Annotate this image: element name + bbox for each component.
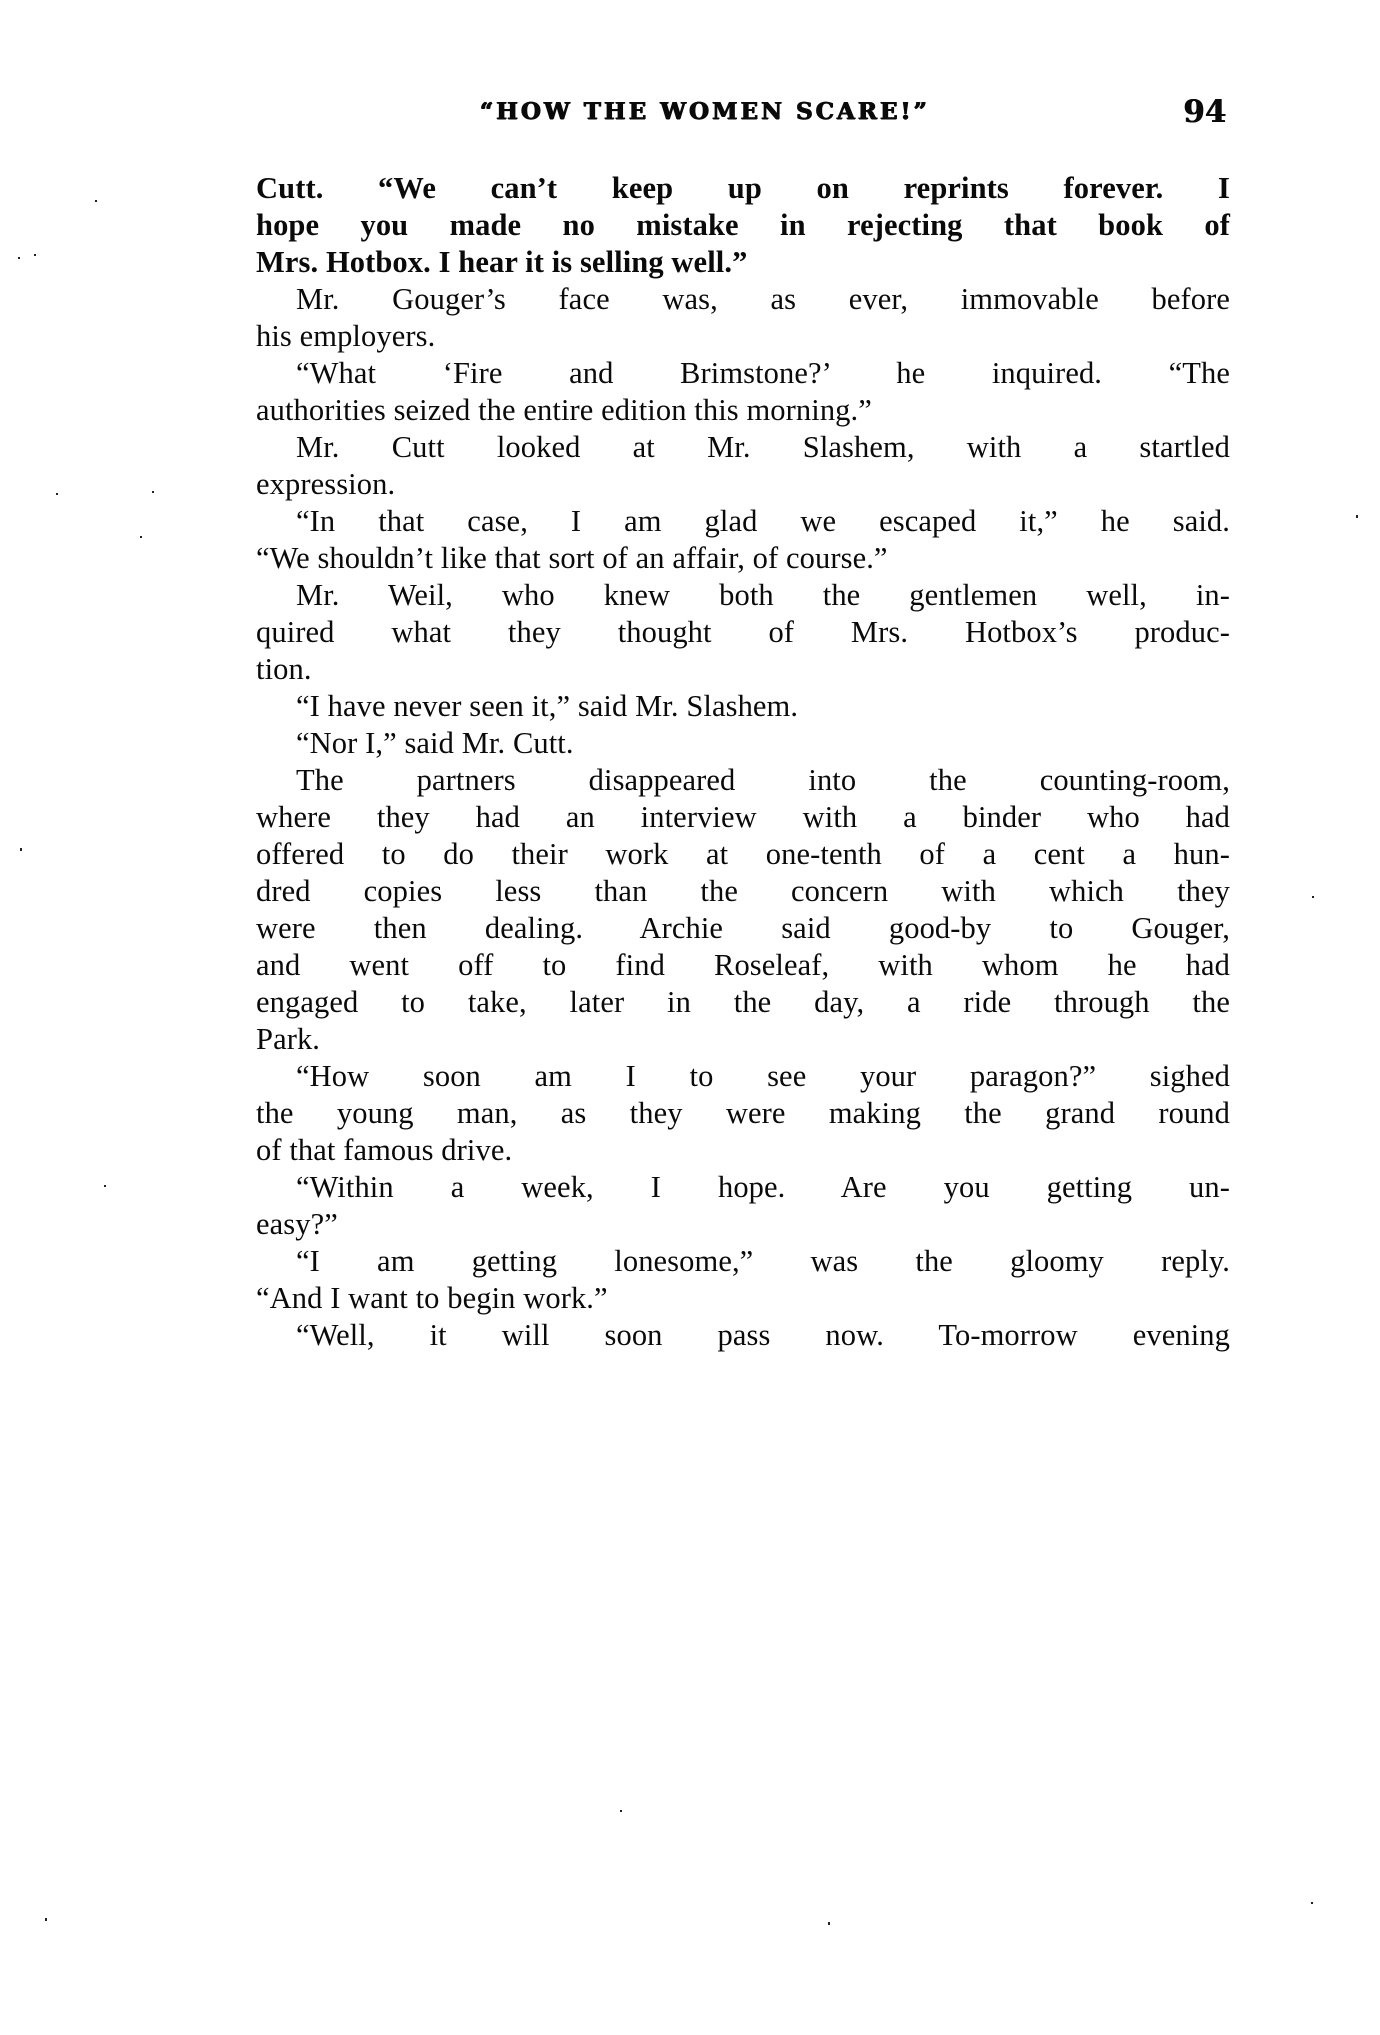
text-line: Mr. Cutt looked at Mr. Slashem, with a s… xyxy=(256,429,1230,466)
text-line: the young man, as they were making the g… xyxy=(256,1095,1230,1132)
text-line: were then dealing. Archie said good-by t… xyxy=(256,910,1230,947)
text-line: The partners disappeared into the counti… xyxy=(256,762,1230,799)
text-line: engaged to take, later in the day, a rid… xyxy=(256,984,1230,1021)
text-line: “I have never seen it,” said Mr. Slashem… xyxy=(256,688,1230,725)
text-line: quired what they thought of Mrs. Hotbox’… xyxy=(256,614,1230,651)
text-line: his employers. xyxy=(256,318,1230,355)
text-line: “What ‘Fire and Brimstone?’ he inquired.… xyxy=(256,355,1230,392)
text-line: “Within a week, I hope. Are you getting … xyxy=(256,1169,1230,1206)
scan-speck xyxy=(828,1922,830,1925)
page-number: 94 xyxy=(1183,92,1226,132)
text-line: easy?” xyxy=(256,1206,1230,1243)
scan-speck xyxy=(104,1185,106,1187)
scan-speck xyxy=(20,848,22,851)
text-line: Mr. Weil, who knew both the gentlemen we… xyxy=(256,577,1230,614)
scan-speck xyxy=(1311,1902,1313,1904)
text-line: offered to do their work at one-tenth of… xyxy=(256,836,1230,873)
text-line: “And I want to begin work.” xyxy=(256,1280,1230,1317)
text-line: of that famous drive. xyxy=(256,1132,1230,1169)
text-line: Mrs. Hotbox. I hear it is selling well.” xyxy=(256,244,1230,281)
text-line: “I am getting lonesome,” was the gloomy … xyxy=(256,1243,1230,1280)
scan-speck xyxy=(152,491,154,493)
text-line: dred copies less than the concern with w… xyxy=(256,873,1230,910)
text-line: authorities seized the entire edition th… xyxy=(256,392,1230,429)
text-line: expression. xyxy=(256,466,1230,503)
scan-speck xyxy=(56,493,58,495)
text-line: Cutt. “We can’t keep up on reprints fore… xyxy=(256,170,1230,207)
text-line: “We shouldn’t like that sort of an affai… xyxy=(256,540,1230,577)
text-line: and went off to find Roseleaf, with whom… xyxy=(256,947,1230,984)
text-line: Park. xyxy=(256,1021,1230,1058)
text-line: Mr. Gouger’s face was, as ever, immovabl… xyxy=(256,281,1230,318)
scan-speck xyxy=(45,1918,47,1921)
text-line: “Nor I,” said Mr. Cutt. xyxy=(256,725,1230,762)
running-head: “HOW THE WOMEN SCARE!” xyxy=(480,94,1000,130)
text-line: “In that case, I am glad we escaped it,”… xyxy=(256,503,1230,540)
scan-speck xyxy=(18,257,20,259)
scan-speck xyxy=(34,254,36,256)
scan-speck xyxy=(620,1810,622,1812)
scan-speck xyxy=(140,536,142,538)
scan-speck xyxy=(95,200,97,202)
book-page: “HOW THE WOMEN SCARE!” 94 Cutt. “We can’… xyxy=(0,0,1380,2035)
text-line: “How soon am I to see your paragon?” sig… xyxy=(256,1058,1230,1095)
scan-speck xyxy=(1356,515,1358,518)
body-text: Cutt. “We can’t keep up on reprints fore… xyxy=(256,170,1230,1354)
text-line: where they had an interview with a binde… xyxy=(256,799,1230,836)
text-line: tion. xyxy=(256,651,1230,688)
text-line: “Well, it will soon pass now. To-morrow … xyxy=(256,1317,1230,1354)
scan-speck xyxy=(1312,896,1314,898)
text-line: hope you made no mistake in rejecting th… xyxy=(256,207,1230,244)
